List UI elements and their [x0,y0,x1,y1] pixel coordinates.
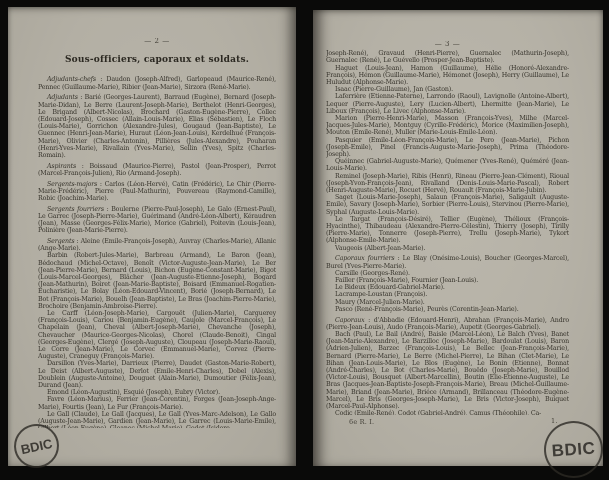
roster-names: Quéinnec (Gabriel-Auguste-Marie), Quémen… [326,158,569,172]
right-page-text-column: — 3 — Joseph-René), Gravaud (Henri-Pierr… [326,41,569,415]
left-page-text-column: — 2 — Sous-officiers, caporaux et soldat… [38,38,276,428]
roster-names: Isaac (Pierre-Guillaume), Jan (Gaston). [335,86,453,93]
roster-names: Pasquier (Emile-Léon-François-Marie), Le… [326,137,569,158]
roster-paragraph: Carsille (Georges-René). [326,270,569,277]
roster-paragraph: Emond (Léon-Augustin), Esquié (Joseph), … [38,389,276,396]
roster-names: Marion (Pierre-Henri-Marie), Masson (Fra… [326,115,569,136]
roster-names: Joseph-René), Gravaud (Henri-Pierre), Gu… [326,50,569,64]
right-page: — 3 — Joseph-René), Gravaud (Henri-Pierr… [313,10,603,466]
roster-names: Maury (Marcel-Julien-Marie). [335,299,425,306]
roster-paragraph-sergents-fourriers: Sergents fourriers : Boulerne (Pierre-Pa… [38,206,276,235]
roster-names: Le Targat (François-Désiré), Tellier (Eu… [326,216,569,245]
roster-paragraph: Le Bideux (Edouard-Gabriel-Marie). [326,284,569,291]
roster-names: Codic (Emile-René), Codot (Gabriel-André… [335,410,541,415]
roster-paragraph: Pasco (René-François-Marie), Peurès (Cor… [326,306,569,313]
rank-label: Sergents fourriers [47,206,104,213]
roster-paragraph: Favre (Léon-Marius), Ferrier (Jean-Coren… [38,396,276,410]
rank-label: Sergents-majors [47,181,97,188]
roster-paragraph: Failler (François-Marie), Fournier (Jean… [326,277,569,284]
roster-paragraph: Isaac (Pierre-Guillaume), Jan (Gaston). [326,86,569,93]
rank-label: Sergents [47,238,74,245]
footer-signature: 6e R. I. [349,418,374,426]
roster-paragraph-aspirants: Aspirants : Boissaud (Maurice-Pierre), P… [38,163,276,177]
roster-names: Carsille (Georges-René). [335,270,410,277]
roster-paragraph: Quéinnec (Gabriel-Auguste-Marie), Quémen… [326,158,569,172]
roster-names: Reminel (Joseph-Marie), Ribis (Henri), R… [326,173,569,194]
roster-names: Le Carff (Léon-Joseph-Marie), Cargouët (… [38,310,276,360]
footer-page-mark: 1. [551,417,558,425]
roster-paragraph: Saget (Louis-Marie-Joseph), Salaun (Fran… [326,194,569,216]
roster-names: Vaugeois (Albert-Jean-Marie). [335,245,425,252]
roster-names: Saget (Louis-Marie-Joseph), Salaun (Fran… [326,194,569,215]
roster-paragraph: Darsillon (Yves-Marie), Darrieux (Pierre… [38,360,276,389]
roster-names: : Barié (Georges-Laurent), Barraud (Eugè… [38,94,276,159]
rank-label: Adjudants-chefs [47,76,96,83]
roster-names: Darsillon (Yves-Marie), Darrieux (Pierre… [38,360,276,389]
roster-paragraph: Maury (Marcel-Julien-Marie). [326,299,569,306]
roster-names: Lacrampe-Loustan (François). [335,291,427,298]
roster-paragraph: Laferrière (Etienne-Paterne), Larrondo (… [326,93,569,115]
roster-names: Laferrière (Etienne-Paterne), Larrondo (… [326,93,569,114]
roster-names: Failler (François-Marie), Fournier (Jean… [335,277,478,284]
roster-paragraph-sergents: Sergents : Aleine (Emile-François-Joseph… [38,238,276,252]
roster-names: Barbin (Robert-Jules-Marie), Barbreau (A… [38,252,276,309]
roster-paragraph: Codic (Emile-René), Codot (Gabriel-André… [326,410,569,415]
roster-paragraph: Vaugeois (Albert-Jean-Marie). [326,245,569,252]
roster-paragraph: Le Targat (François-Désiré), Tellier (Eu… [326,216,569,245]
roster-names: Le Bideux (Edouard-Gabriel-Marie). [335,284,445,291]
roster-paragraph: Haguet (Louis-Jean), Hamon (Guillaume), … [326,65,569,87]
rank-label: Caporaux fourriers [335,255,394,262]
bdic-stamp-right-label: BDIC [551,438,596,461]
roster-names: : Aleine (Emile-François-Joseph), Auvray… [38,238,276,252]
roster-names: Pasco (René-François-Marie), Peurès (Cor… [335,306,519,313]
roster-paragraph-caporaux: Caporaux : d'Abbadie (Edouard-Henri), Ab… [326,317,569,331]
bdic-stamp-left-label: BDIC [19,435,53,456]
roster-names: Emond (Léon-Augustin), Esquié (Joseph), … [47,389,220,396]
roster-paragraph: Lacrampe-Loustan (François). [326,291,569,298]
roster-names: Favre (Léon-Marius), Ferrier (Jean-Coren… [38,396,276,410]
roster-paragraph: Barbin (Robert-Jules-Marie), Barbreau (A… [38,252,276,310]
left-page-number: — 2 — [38,38,276,45]
scanned-book-spread: — 2 — Sous-officiers, caporaux et soldat… [0,0,609,480]
roster-paragraph: Pasquier (Emile-Léon-François-Marie), Le… [326,137,569,159]
rank-label: Caporaux [335,317,365,324]
roster-paragraph: Le Gall (Claude), Le Gall (Jacques), Le … [38,411,276,428]
roster-paragraph: Reminel (Joseph-Marie), Ribis (Henri), R… [326,173,569,195]
rank-label: Adjudants [47,94,78,101]
roster-paragraph-caporaux-fourriers: Caporaux fourriers : Le Blay (Onésime-Lo… [326,255,569,269]
roster-paragraph: Le Carff (Léon-Joseph-Marie), Cargouët (… [38,310,276,360]
left-page: — 2 — Sous-officiers, caporaux et soldat… [8,7,296,466]
rank-label: Aspirants [47,163,76,170]
roster-paragraph-sergents-majors: Sergents-majors : Carlos (Léon-Hervé), C… [38,181,276,203]
right-page-number: — 3 — [326,41,569,48]
roster-paragraph: Marion (Pierre-Henri-Marie), Masson (Fra… [326,115,569,137]
roster-paragraph: Bach (Paul), Le Bail (André), Baisle (Ma… [326,331,569,410]
roster-names: Haguet (Louis-Jean), Hamon (Guillaume), … [326,65,569,86]
roster-names: Le Gall (Claude), Le Gall (Jacques), Le … [38,411,276,428]
roster-paragraph-adjudants: Adjudants : Barié (Georges-Laurent), Bar… [38,94,276,159]
section-heading: Sous-officiers, caporaux et soldats. [38,57,276,64]
roster-paragraph-continuation: Joseph-René), Gravaud (Henri-Pierre), Gu… [326,50,569,64]
roster-paragraph-adjudants-chefs: Adjudants-chefs : Daudon (Joseph-Alfred)… [38,76,276,90]
roster-names: Bach (Paul), Le Bail (André), Baisle (Ma… [326,331,569,410]
